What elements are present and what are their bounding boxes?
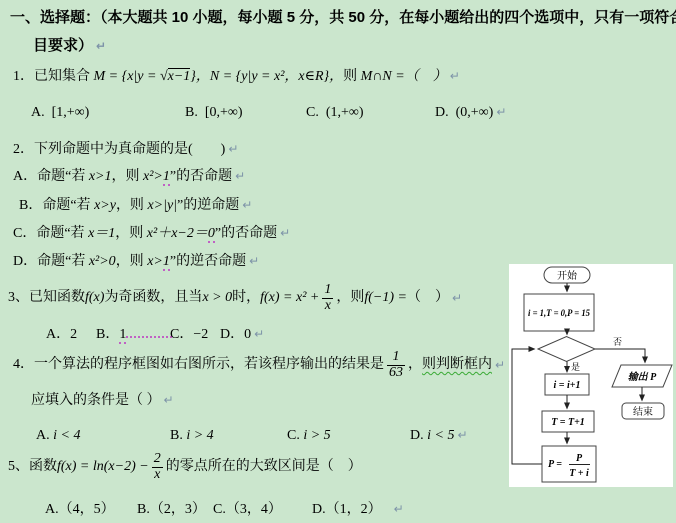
q4-option-b: B. i > 4 — [170, 428, 214, 444]
q3-option-d: D．0↵ — [220, 323, 264, 343]
assign-p-numerator-label: P — [576, 453, 583, 464]
q4-option-c-value: i > 5 — [303, 428, 330, 443]
q5-fraction-numerator: 2 — [152, 452, 163, 467]
q1-math-1: M = {x|y = — [94, 69, 160, 84]
q2a-text-3: ”的否命题 — [170, 169, 232, 184]
q1-option-c-label: C. — [306, 105, 319, 120]
q2d-math-1: x²>0 — [89, 254, 116, 269]
title-text-1: 一、选择题：（本大题共 10 小题，每小题 5 分，共 50 分，在每小题给出的… — [10, 9, 676, 26]
end-label: 结束 — [633, 405, 653, 418]
q5-option-d: D.（1，2）↵ — [312, 498, 404, 518]
dotted-underline-tail — [126, 323, 172, 338]
q4-option-c-label: C. — [287, 428, 300, 443]
q1-option-b-label: B. — [185, 105, 198, 120]
q2b-math-1: x>y — [94, 198, 116, 213]
q2a-math-1: x>1 — [89, 169, 112, 184]
q3-text-3: 时， — [232, 288, 260, 308]
paragraph-mark-icon: ↵ — [394, 502, 404, 516]
q3-option-d-text: D．0 — [220, 327, 251, 342]
decision-diamond-shape — [538, 337, 595, 362]
no-branch-connector — [595, 349, 645, 363]
q4-option-a-label: A. — [36, 428, 50, 443]
q4-text-1: 4．一个算法的程序框图如右图所示，若该程序输出的结果是 — [13, 355, 384, 375]
question-5-options: A.（4，5） B.（2，3） C.（3，4） D.（1，2）↵ — [0, 498, 676, 518]
q4-text-2: ， — [408, 355, 422, 375]
paragraph-mark-icon: ↵ — [228, 142, 238, 156]
q4-option-a-value: i < 4 — [53, 428, 80, 443]
question-4-stem-line2: 应填入的条件是（ ）↵ — [31, 390, 174, 411]
q1-math-2: }，N = {y|y = x²，x∈R}， — [190, 69, 343, 84]
q2c-text-2: ，则 — [115, 226, 147, 241]
flowchart-svg: 开始 i = 1,T = 0,P = 15 是 i = i+1 T = T+1 … — [509, 264, 673, 487]
q3-fraction-denominator: x — [322, 298, 333, 314]
q4-option-a: A. i < 4 — [36, 428, 80, 444]
q4-fraction-denominator: 63 — [387, 365, 405, 381]
q2d-underlined-value: 1 — [163, 254, 170, 271]
start-label: 开始 — [557, 269, 578, 282]
q2d-text-1: D．命题“若 — [13, 254, 89, 269]
section-title-line2: 目要求）↵ — [33, 36, 106, 56]
q2d-math-2: x> — [147, 254, 163, 269]
q4-option-c: C. i > 5 — [287, 428, 331, 444]
q5-text-1: 5、函数 — [8, 457, 57, 477]
q2a-text-2: ，则 — [112, 169, 144, 184]
question-2-option-b: B．命题“若 x>y，则 x>|y|”的逆命题↵ — [19, 195, 252, 216]
question-3-stem: 3、已知函数 f(x) 为奇函数，且当 x > 0 时，f(x) = x² +1… — [8, 279, 462, 317]
output-label: 输出 P — [628, 371, 658, 383]
yes-branch-label: 是 — [571, 362, 580, 372]
q3-option-a: A．2 — [46, 323, 77, 343]
q5-option-d-text: D.（1，2） — [312, 502, 382, 517]
paragraph-mark-icon: ↵ — [280, 226, 290, 240]
q2b-math-2: x>|y| — [147, 198, 177, 213]
q1-radicand: x−1 — [168, 68, 191, 84]
q3-option-b: B．1 — [96, 323, 172, 343]
q3-option-b-value: 1 — [119, 327, 126, 344]
q1-option-a: A. [1,+∞) — [31, 105, 89, 121]
q5-option-c: C.（3，4） — [213, 498, 282, 518]
question-1-stem: 1．已知集合 M = {x|y = √x−1}，N = {y|y = x²，x∈… — [13, 66, 460, 87]
q2c-text-3: ”的否命题 — [215, 226, 277, 241]
paragraph-mark-icon: ↵ — [164, 393, 174, 407]
q5-math-1: f(x) = ln(x−2) − — [57, 457, 149, 477]
question-2-option-d: D．命题“若 x²>0，则 x>1”的逆否命题↵ — [13, 251, 259, 272]
q2b-text-2: ，则 — [116, 198, 148, 213]
q2d-text-2: ，则 — [116, 254, 148, 269]
paragraph-mark-icon: ↵ — [249, 254, 259, 268]
paragraph-mark-icon: ↵ — [495, 355, 505, 375]
q1-option-c-value: (1,+∞) — [326, 105, 364, 120]
paragraph-mark-icon: ↵ — [96, 39, 106, 53]
q3-text-4: ，则 — [336, 288, 364, 308]
q5-option-a: A.（4，5） — [45, 498, 115, 518]
loop-back-connector — [512, 349, 542, 464]
q4-option-b-value: i > 4 — [186, 428, 213, 443]
question-2-option-a: A．命题“若 x>1，则 x²>1”的否命题↵ — [13, 166, 245, 187]
q3-math-2: x > 0 — [202, 288, 232, 308]
q2a-math-2: x²> — [143, 169, 163, 184]
q5-fraction-denominator: x — [152, 467, 163, 483]
q3-math-3: f(x) = x² + — [260, 288, 319, 308]
q5-option-b: B.（2，3） — [137, 498, 206, 518]
q1-option-a-value: [1,+∞) — [52, 105, 90, 120]
q3-math-1: f(x) — [85, 288, 104, 308]
question-5-stem: 5、函数 f(x) = ln(x−2) −2x 的零点所在的大致区间是（ ） — [8, 448, 362, 486]
assign-p-denominator-label: T + i — [569, 468, 589, 479]
paragraph-mark-icon: ↵ — [496, 105, 506, 119]
paragraph-mark-icon: ↵ — [452, 288, 462, 308]
q4-fraction: 163 — [387, 350, 405, 380]
q5-text-2: 的零点所在的大致区间是（ ） — [166, 457, 362, 477]
q4-option-d-label: D. — [410, 428, 424, 443]
q1-option-a-label: A. — [31, 105, 45, 120]
q3-text-2: 为奇函数，且当 — [104, 288, 202, 308]
q1-option-c: C. (1,+∞) — [306, 105, 364, 121]
increment-t-label: T = T+1 — [551, 417, 585, 428]
q1-option-b: B. [0,+∞) — [185, 105, 243, 121]
q1-lead: 1．已知集合 — [13, 69, 94, 84]
exam-document: 一、选择题：（本大题共 10 小题，每小题 5 分，共 50 分，在每小题给出的… — [0, 0, 676, 523]
question-1-options: A. [1,+∞) B. [0,+∞) C. (1,+∞) D. (0,+∞)↵ — [0, 105, 676, 125]
q2-stem-text: 2．下列命题中为真命题的是( ) — [13, 142, 225, 157]
q1-math-3: M∩N =（ ） — [361, 69, 447, 84]
algorithm-flowchart: 开始 i = 1,T = 0,P = 15 是 i = i+1 T = T+1 … — [509, 264, 673, 487]
title-text-2: 目要求） — [33, 37, 93, 54]
q2c-math-1: x＝1 — [88, 226, 115, 241]
q1-option-d: D. (0,+∞)↵ — [435, 105, 506, 121]
q4-option-b-label: B. — [170, 428, 183, 443]
q3-fraction: 1x — [322, 283, 333, 313]
no-branch-label: 否 — [613, 337, 622, 347]
q2c-text-1: C．命题“若 — [13, 226, 88, 241]
q2a-text-1: A．命题“若 — [13, 169, 89, 184]
q3-text-5: （ ） — [407, 288, 449, 308]
question-4-stem-line1: 4．一个算法的程序框图如右图所示，若该程序输出的结果是163，则判断框内↵ — [13, 346, 505, 384]
q2d-text-3: ”的逆否命题 — [170, 254, 246, 269]
q4-wavy-underlined-text: 则判断框内 — [422, 355, 492, 375]
paragraph-mark-icon: ↵ — [254, 327, 264, 341]
q3-option-b-label: B． — [96, 327, 119, 342]
q4-fraction-numerator: 1 — [387, 350, 405, 365]
paragraph-mark-icon: ↵ — [242, 198, 252, 212]
increment-i-label: i = i+1 — [554, 380, 581, 391]
q4-option-d: D. i < 5↵ — [410, 428, 468, 444]
q2b-text-3: ”的逆命题 — [177, 198, 239, 213]
q2b-text-1: B．命题“若 — [19, 198, 94, 213]
q3-option-c: C．−2 — [170, 323, 208, 343]
q2a-underlined-value: 1 — [163, 169, 170, 186]
q4-option-d-value: i < 5 — [427, 428, 454, 443]
q1-cn: 则 — [343, 69, 361, 84]
section-title-line1: 一、选择题：（本大题共 10 小题，每小题 5 分，共 50 分，在每小题给出的… — [10, 8, 676, 28]
question-2-option-c: C．命题“若 x＝1，则 x²＋x−2＝0”的否命题↵ — [13, 223, 290, 244]
q3-math-4: f(−1) = — [364, 288, 407, 308]
assign-p-lhs-label: P = — [548, 459, 562, 470]
init-label: i = 1,T = 0,P = 15 — [528, 309, 590, 319]
q5-fraction: 2x — [152, 452, 163, 482]
q4-text-3: 应填入的条件是（ ） — [31, 393, 161, 408]
q2c-underlined-value: 0 — [208, 226, 215, 243]
paragraph-mark-icon: ↵ — [235, 169, 245, 183]
radical-sign: √ — [160, 69, 168, 84]
q1-option-b-value: [0,+∞) — [205, 105, 243, 120]
q2c-math-2: x²＋x−2＝ — [147, 226, 208, 241]
paragraph-mark-icon: ↵ — [450, 69, 460, 83]
q1-option-d-value: (0,+∞) — [456, 105, 494, 120]
paragraph-mark-icon: ↵ — [457, 428, 467, 442]
q3-text-1: 3、已知函数 — [8, 288, 85, 308]
q1-option-d-label: D. — [435, 105, 449, 120]
question-2-stem: 2．下列命题中为真命题的是( )↵ — [13, 139, 238, 160]
q3-fraction-numerator: 1 — [322, 283, 333, 298]
